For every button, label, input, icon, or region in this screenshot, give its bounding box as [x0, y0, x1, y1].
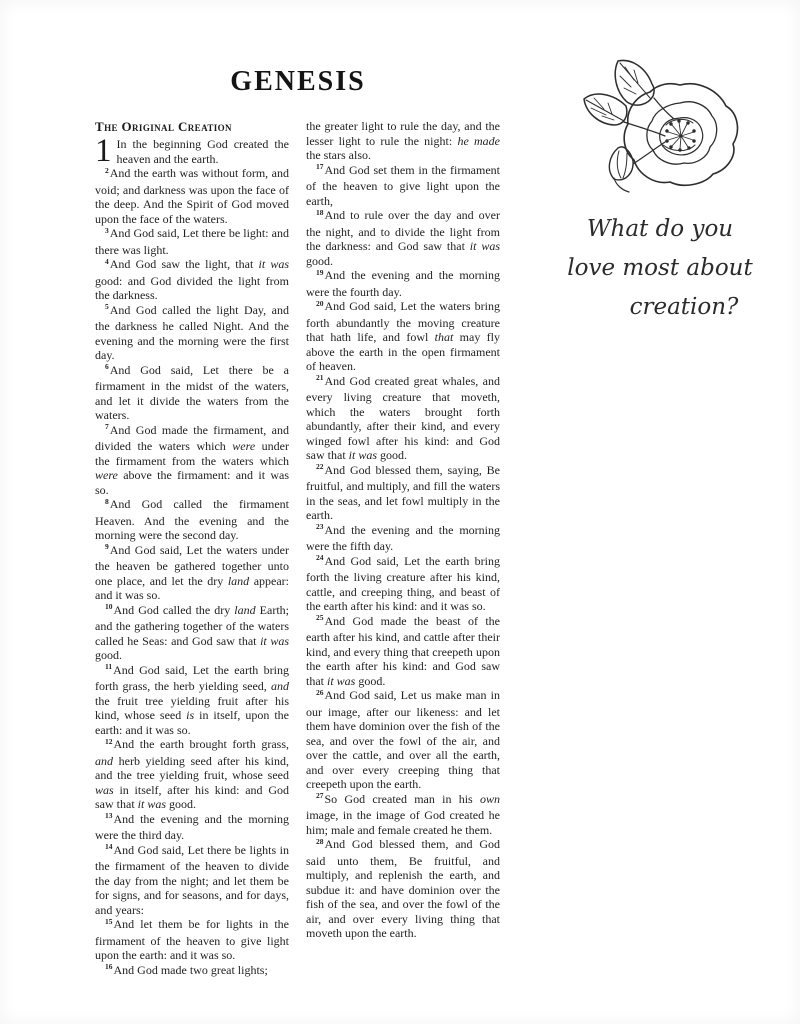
verse: 9And God said, Let the waters under the …: [95, 543, 289, 603]
verse-number: 9: [105, 542, 109, 551]
prompt-text: What do you love most about creation?: [540, 210, 780, 327]
verse-number: 5: [105, 302, 109, 311]
verse-number: 28: [316, 837, 324, 846]
verse: 26And God said, Let us make man in our i…: [306, 688, 500, 792]
prompt-line: love most about: [540, 249, 780, 288]
verse-number: 27: [316, 791, 324, 800]
verse: 5And God called the light Day, and the d…: [95, 303, 289, 363]
prompt-line: What do you: [540, 210, 780, 249]
verse-number: 16: [105, 962, 113, 971]
verse: 3And God said, Let there be light: and t…: [95, 226, 289, 257]
verse: 20And God said, Let the waters bring for…: [306, 299, 500, 374]
verse: 7And God made the firmament, and divided…: [95, 423, 289, 498]
verse-number: 19: [316, 268, 324, 277]
verse: 22And God blessed them, saying, Be fruit…: [306, 463, 500, 523]
verse: 14And God said, Let there be lights in t…: [95, 843, 289, 918]
verse-number: 4: [105, 257, 109, 266]
scripture-area: GENESIS The Original Creation 1In the be…: [95, 66, 501, 979]
journaling-prompt: What do you love most about creation?: [540, 52, 780, 327]
verse-number: 2: [105, 166, 109, 175]
verse-number: 26: [316, 688, 324, 697]
chapter-number: 1: [95, 137, 117, 164]
verse: 18And to rule over the day and over the …: [306, 208, 500, 268]
verse: 24And God said, Let the earth bring fort…: [306, 554, 500, 614]
verse-number: 7: [105, 422, 109, 431]
prompt-line: creation?: [540, 288, 780, 327]
verse: 16And God made two great lights;: [95, 963, 289, 980]
verse-number: 24: [316, 553, 324, 562]
verse: 13And the evening and the morning were t…: [95, 812, 289, 843]
verse: 15And let them be for lights in the firm…: [95, 917, 289, 963]
verse: 19And the evening and the morning were t…: [306, 268, 500, 299]
verse: 4And God saw the light, that it was good…: [95, 257, 289, 303]
verse-number: 20: [316, 299, 324, 308]
verse-number: 11: [105, 662, 112, 671]
verse-number: 23: [316, 522, 324, 531]
verse: 2And the earth was without form, and voi…: [95, 166, 289, 226]
verse-number: 14: [105, 842, 113, 851]
verse: 23And the evening and the morning were t…: [306, 523, 500, 554]
verse: 28And God blessed them, and God said unt…: [306, 837, 500, 941]
two-column-text: The Original Creation 1In the beginning …: [95, 119, 501, 979]
verse-number: 22: [316, 462, 324, 471]
verse-number: 6: [105, 362, 109, 371]
verse-number: 3: [105, 226, 109, 235]
verse-number: 8: [105, 497, 109, 506]
flower-illustration: [568, 52, 748, 204]
bible-page: GENESIS The Original Creation 1In the be…: [0, 0, 800, 1024]
leaf-cluster: [584, 60, 674, 136]
verse: 6And God said, Let there be a firmament …: [95, 363, 289, 423]
verse: 8And God called the firmament Heaven. An…: [95, 497, 289, 543]
text-column-right: the greater light to rule the day, and t…: [306, 119, 500, 979]
section-heading: The Original Creation: [95, 119, 289, 135]
flower-stamens: [666, 120, 696, 152]
verse: 10And God called the dry land Earth; and…: [95, 603, 289, 663]
verse-number: 13: [105, 811, 113, 820]
verse-number: 18: [316, 208, 324, 217]
verse: 25And God made the beast of the earth af…: [306, 614, 500, 689]
verse-number: 17: [316, 162, 324, 171]
verse-number: 25: [316, 613, 324, 622]
verse: 1In the beginning God created the heaven…: [95, 137, 289, 166]
verse: the greater light to rule the day, and t…: [306, 119, 500, 163]
verse-number: 15: [105, 917, 113, 926]
verse: 21And God created great whales, and ever…: [306, 374, 500, 463]
text-column-left: The Original Creation 1In the beginning …: [95, 119, 289, 979]
verse: 11And God said, Let the earth bring fort…: [95, 663, 289, 738]
verse: 17And God set them in the firmament of t…: [306, 163, 500, 209]
verse: 27So God created man in his own image, i…: [306, 792, 500, 838]
verse: 12And the earth brought forth grass, and…: [95, 737, 289, 812]
verse-number: 12: [105, 737, 113, 746]
verse-number: 10: [105, 602, 113, 611]
verse-number: 21: [316, 373, 324, 382]
book-title: GENESIS: [95, 66, 501, 98]
